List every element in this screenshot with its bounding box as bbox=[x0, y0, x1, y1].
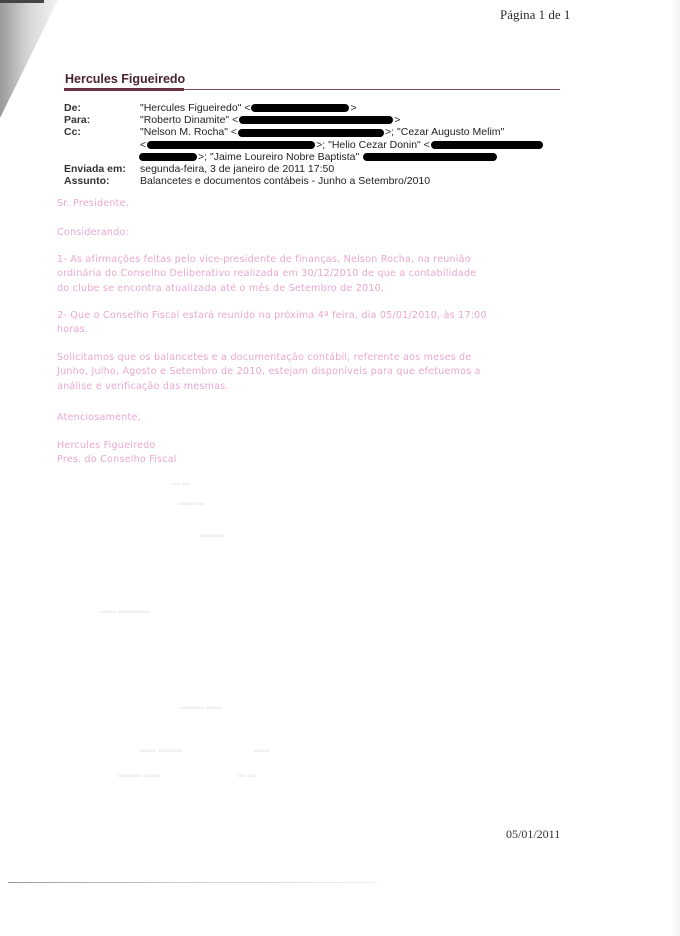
sender-heading: Hercules Figueiredo bbox=[65, 72, 185, 86]
cc-value-line2: <>; "Helio Cezar Donin" < bbox=[140, 139, 544, 151]
signature: Hercules Figueiredo Pres. do Conselho Fi… bbox=[57, 439, 557, 468]
item-1-line-3: do clube se encontra atualizada até o mê… bbox=[57, 282, 557, 296]
item-1-line-1: 1- As afirmações feitas pelo vice-presid… bbox=[57, 253, 557, 267]
page-number: Página 1 de 1 bbox=[500, 7, 570, 23]
subject-row: Assunto: Balancetes e documentos contábe… bbox=[64, 175, 544, 187]
sent-row: Enviada em: segunda-feira, 3 de janeiro … bbox=[64, 163, 544, 175]
spacer bbox=[64, 139, 140, 151]
to-label: Para: bbox=[64, 114, 140, 126]
from-row: De: "Hercules Figueiredo" <> bbox=[64, 102, 544, 114]
email-headers: De: "Hercules Figueiredo" <> Para: "Robe… bbox=[64, 102, 544, 187]
cc-name-2: >; "Cezar Augusto Melim" bbox=[385, 126, 504, 138]
redaction-bar bbox=[431, 141, 543, 149]
item-1-line-2: ordinária do Conselho Deliberativo reali… bbox=[57, 267, 557, 281]
greeting: Sr. Presidente, bbox=[57, 197, 557, 211]
from-value: "Hercules Figueiredo" <> bbox=[140, 102, 357, 114]
header-divider-accent bbox=[64, 88, 184, 91]
redaction-bar bbox=[147, 141, 315, 149]
bleed-through-mark: ▬▬ ▬▬▬ ▬▬ bbox=[140, 745, 269, 754]
considering: Considerando: bbox=[57, 226, 557, 240]
redaction-bar bbox=[238, 129, 384, 137]
cc-value-line1: "Nelson M. Rocha" <>; "Cezar Augusto Mel… bbox=[140, 126, 504, 138]
to-name: "Roberto Dinamite" < bbox=[140, 114, 238, 126]
to-row: Para: "Roberto Dinamite" <> bbox=[64, 114, 544, 126]
signature-name: Hercules Figueiredo bbox=[57, 439, 557, 453]
from-label: De: bbox=[64, 102, 140, 114]
subject-value: Balancetes e documentos contábeis - Junh… bbox=[140, 175, 430, 187]
item-2: 2- Que o Conselho Fiscal estará reunido … bbox=[57, 309, 557, 338]
page-bottom-edge bbox=[8, 882, 378, 883]
sent-value: segunda-feira, 3 de janeiro de 2011 17:5… bbox=[140, 163, 334, 175]
bleed-through-mark: ▬▬▬ ▬▬ bbox=[180, 702, 222, 711]
bleed-through-mark: ▬ ▬ bbox=[172, 478, 190, 487]
cc-row-cont-1: <>; "Helio Cezar Donin" < bbox=[64, 139, 544, 151]
sent-label: Enviada em: bbox=[64, 163, 140, 175]
cc-name-4: >; "Jaime Loureiro Nobre Baptista" bbox=[198, 151, 359, 163]
footer-date: 05/01/2011 bbox=[506, 827, 560, 842]
page-edge bbox=[672, 0, 680, 936]
bleed-through-mark: ▬▬▬ ▬▬ ▬ ▬ bbox=[118, 770, 256, 779]
signature-title: Pres. do Conselho Fiscal bbox=[57, 453, 557, 467]
cc-open-bracket: < bbox=[140, 139, 146, 151]
from-name: "Hercules Figueiredo" < bbox=[140, 102, 250, 114]
redaction-bar bbox=[363, 153, 497, 161]
cc-name-3: >; "Helio Cezar Donin" < bbox=[316, 139, 430, 151]
folded-corner bbox=[0, 0, 60, 120]
request-line-1: Solicitamos que os balancetes e a docume… bbox=[57, 351, 557, 365]
item-2-line-2: horas. bbox=[57, 323, 557, 337]
subject-label: Assunto: bbox=[64, 175, 140, 187]
redaction-bar bbox=[239, 116, 393, 124]
bleed-through-mark: ▬▬ ▬▬▬▬ bbox=[100, 606, 150, 615]
bleed-through-mark: ▬▬▬ bbox=[200, 530, 224, 539]
cc-label: Cc: bbox=[64, 126, 140, 138]
cc-row: Cc: "Nelson M. Rocha" <>; "Cezar Augusto… bbox=[64, 126, 544, 138]
to-value: "Roberto Dinamite" <> bbox=[140, 114, 400, 126]
cc-name-1: "Nelson M. Rocha" < bbox=[140, 126, 237, 138]
bleed-through-mark: ▬▬ ▬ bbox=[178, 498, 204, 507]
closing: Atenciosamente, bbox=[57, 411, 557, 425]
request-line-3: análise e verificação das mesmas. bbox=[57, 380, 557, 394]
item-1: 1- As afirmações feitas pelo vice-presid… bbox=[57, 253, 557, 296]
redaction-bar bbox=[251, 104, 349, 112]
redaction-bar bbox=[139, 153, 197, 161]
cc-value-line3: >; "Jaime Loureiro Nobre Baptista" bbox=[138, 151, 498, 163]
request-line-2: Junho, Julho, Agosto e Setembro de 2010,… bbox=[57, 365, 557, 379]
item-2-line-1: 2- Que o Conselho Fiscal estará reunido … bbox=[57, 309, 557, 323]
cc-row-cont-2: >; "Jaime Loureiro Nobre Baptista" bbox=[64, 151, 544, 163]
request-paragraph: Solicitamos que os balancetes e a docume… bbox=[57, 351, 557, 394]
